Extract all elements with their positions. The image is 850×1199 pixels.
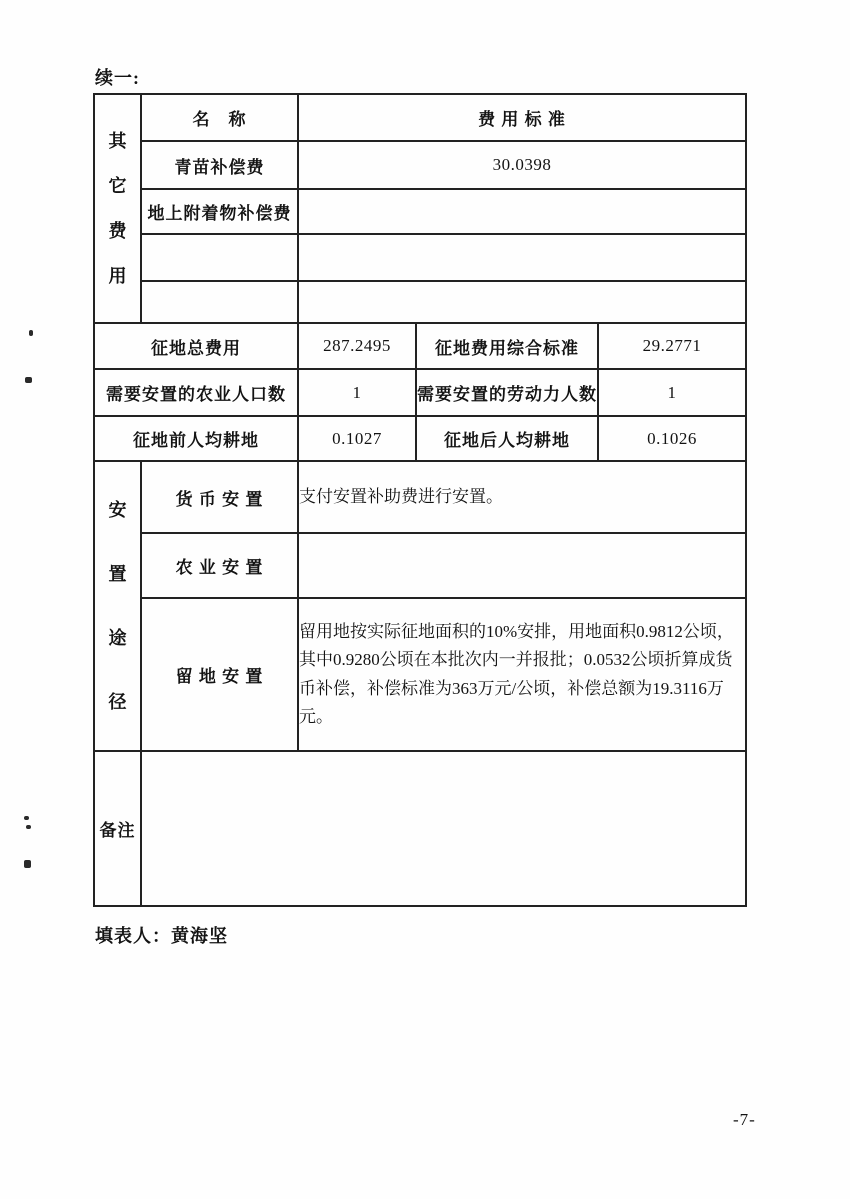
ink-speck xyxy=(24,816,29,820)
table-row: 征地总费用 287.2495 征地费用综合标准 29.2771 xyxy=(94,323,746,369)
summary-value: 287.2495 xyxy=(298,323,416,369)
resettlement-method-label: 留 地 安 置 xyxy=(141,598,298,751)
fee-name-cell: 青苗补偿费 xyxy=(141,141,298,189)
fee-value-cell xyxy=(298,234,746,281)
summary-value: 0.1026 xyxy=(598,416,746,461)
page-number: -7- xyxy=(733,1110,756,1130)
summary-label: 征地后人均耕地 xyxy=(416,416,598,461)
fee-value-cell xyxy=(298,281,746,323)
table-row: 需要安置的农业人口数 1 需要安置的劳动力人数 1 xyxy=(94,369,746,416)
resettlement-char: 途 xyxy=(109,606,127,670)
table-row: 备注 xyxy=(94,751,746,906)
table-row: 青苗补偿费 30.0398 xyxy=(94,141,746,189)
fee-name-cell xyxy=(141,281,298,323)
table-row: 农 业 安 置 xyxy=(94,533,746,598)
resettlement-method-content: 支付安置补助费进行安置。 xyxy=(298,461,746,533)
summary-label: 需要安置的农业人口数 xyxy=(94,369,298,416)
summary-value: 0.1027 xyxy=(298,416,416,461)
summary-value: 29.2771 xyxy=(598,323,746,369)
resettlement-method-content: 留用地按实际征地面积的10%安排，用地面积0.9812公顷，其中0.9280公顷… xyxy=(298,598,746,751)
resettlement-method-content xyxy=(298,533,746,598)
other-fees-char: 费 xyxy=(109,209,127,254)
fee-name-cell: 地上附着物补偿费 xyxy=(141,189,298,234)
summary-value: 1 xyxy=(598,369,746,416)
other-fees-group-label: 其 它 费 用 xyxy=(94,94,141,323)
other-fees-char: 其 xyxy=(109,119,127,164)
fee-value-cell: 30.0398 xyxy=(298,141,746,189)
ink-speck xyxy=(24,860,31,868)
form-filler-name: 填表人：黄海坚 xyxy=(95,922,228,948)
table-row: 留 地 安 置 留用地按实际征地面积的10%安排，用地面积0.9812公顷，其中… xyxy=(94,598,746,751)
resettlement-group-label: 安 置 途 径 xyxy=(94,461,141,751)
other-fees-char: 它 xyxy=(109,164,127,209)
table-row: 地上附着物补偿费 xyxy=(94,189,746,234)
other-fees-char: 用 xyxy=(109,254,127,299)
resettlement-method-label: 货 币 安 置 xyxy=(141,461,298,533)
fee-standard-header: 费 用 标 准 xyxy=(298,94,746,141)
resettlement-char: 置 xyxy=(109,542,127,606)
summary-value: 1 xyxy=(298,369,416,416)
fee-name-header: 名 称 xyxy=(141,94,298,141)
summary-label: 征地前人均耕地 xyxy=(94,416,298,461)
table-row xyxy=(94,281,746,323)
resettlement-char: 径 xyxy=(109,670,127,734)
resettlement-method-label: 农 业 安 置 xyxy=(141,533,298,598)
table-row: 其 它 费 用 名 称 费 用 标 准 xyxy=(94,94,746,141)
fee-name-cell xyxy=(141,234,298,281)
summary-label: 征地总费用 xyxy=(94,323,298,369)
remarks-label: 备注 xyxy=(94,751,141,906)
remarks-content xyxy=(141,751,746,906)
ink-speck xyxy=(25,377,32,383)
land-acquisition-table: 其 它 费 用 名 称 费 用 标 准 青苗补偿费 30.0398 地上附着物补… xyxy=(93,93,747,907)
summary-label: 征地费用综合标准 xyxy=(416,323,598,369)
ink-speck xyxy=(29,330,33,336)
summary-label: 需要安置的劳动力人数 xyxy=(416,369,598,416)
table-row xyxy=(94,234,746,281)
table-row: 征地前人均耕地 0.1027 征地后人均耕地 0.1026 xyxy=(94,416,746,461)
resettlement-char: 安 xyxy=(109,478,127,542)
continuation-label: 续一: xyxy=(95,64,140,90)
fee-value-cell xyxy=(298,189,746,234)
scanned-form-page: 续一: 其 它 费 用 名 称 费 用 标 准 xyxy=(0,0,850,1199)
ink-speck xyxy=(26,825,31,829)
table-row: 安 置 途 径 货 币 安 置 支付安置补助费进行安置。 xyxy=(94,461,746,533)
